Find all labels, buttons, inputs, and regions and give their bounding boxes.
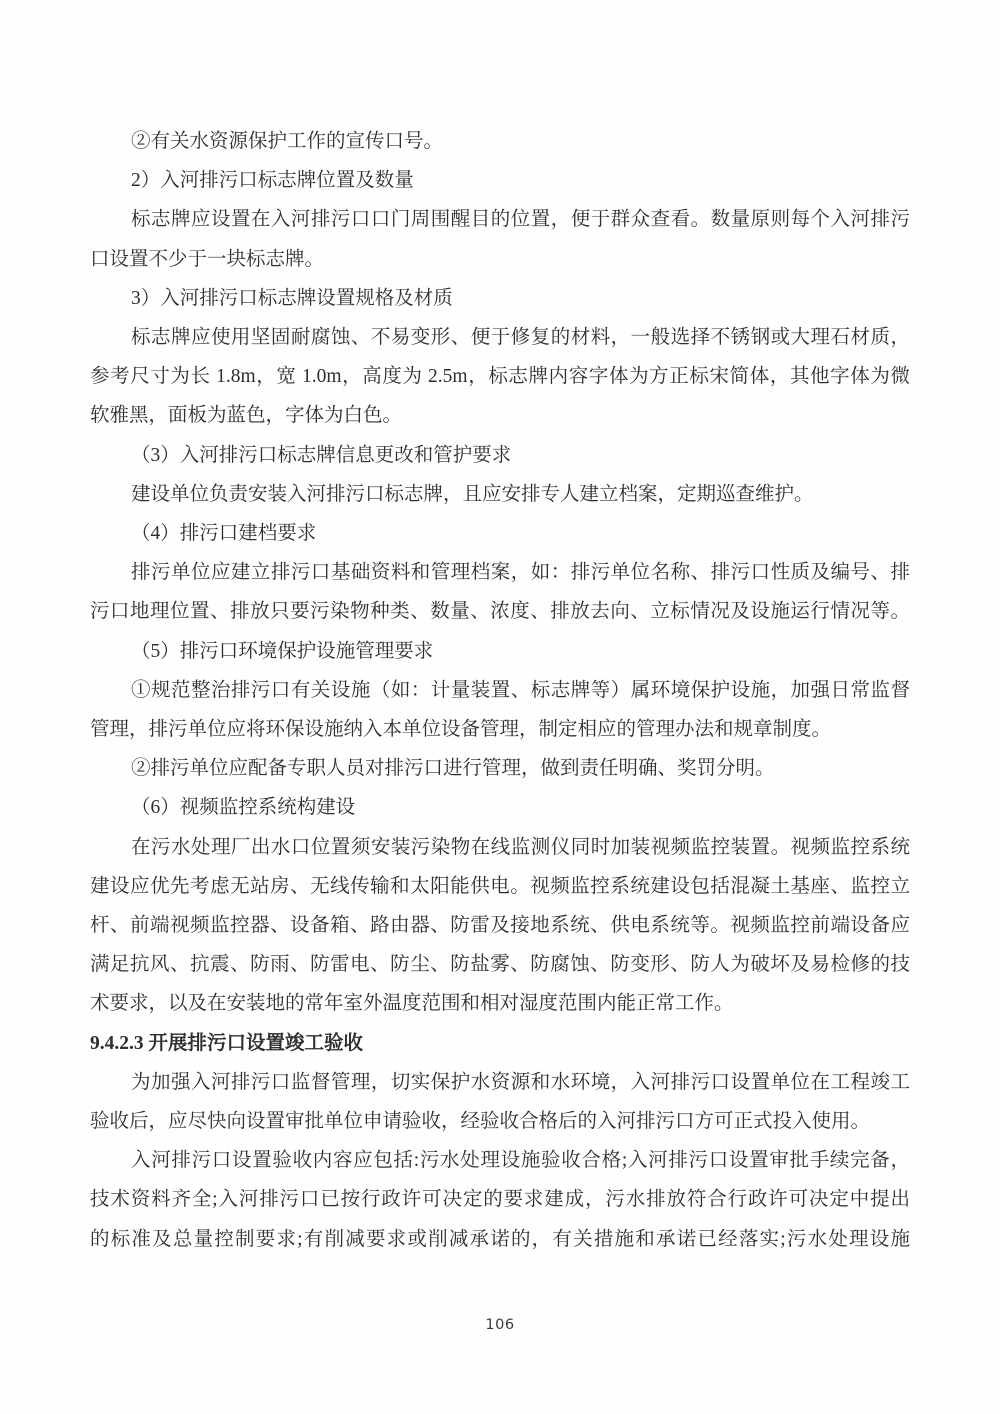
text-line: 管理，排污单位应将环保设施纳入本单位设备管理，制定相应的管理办法和规章制度。 [90, 710, 910, 749]
text-line: 在污水处理厂出水口位置须安装污染物在线监测仪同时加装视频监控装置。视频监控系统 [90, 828, 910, 867]
section-heading: 9.4.2.3 开展排污口设置竣工验收 [90, 1024, 910, 1063]
text-line: （5）排污口环境保护设施管理要求 [90, 632, 910, 671]
text-line: 入河排污口设置验收内容应包括:污水处理设施验收合格;入河排污口设置审批手续完备， [90, 1141, 910, 1180]
text-line: （4）排污口建档要求 [90, 514, 910, 553]
text-line: （6）视频监控系统构建设 [90, 788, 910, 827]
page-footer: 106 [0, 1316, 1000, 1334]
text-line: 的标准及总量控制要求;有削减要求或削减承诺的，有关措施和承诺已经落实;污水处理设… [90, 1220, 910, 1259]
document-page: ②有关水资源保护工作的宣传口号。2）入河排污口标志牌位置及数量标志牌应设置在入河… [0, 0, 1000, 1414]
text-line: 建设应优先考虑无站房、无线传输和太阳能供电。视频监控系统建设包括混凝土基座、监控… [90, 867, 910, 906]
text-line: 满足抗风、抗震、防雨、防雷电、防尘、防盐雾、防腐蚀、防变形、防人为破坏及易检修的… [90, 945, 910, 984]
text-line: 验收后，应尽快向设置审批单位申请验收，经验收合格后的入河排污口方可正式投入使用。 [90, 1102, 910, 1141]
text-line: 排污单位应建立排污口基础资料和管理档案，如：排污单位名称、排污口性质及编号、排 [90, 553, 910, 592]
text-line: 标志牌应设置在入河排污口口门周围醒目的位置，便于群众查看。数量原则每个入河排污 [90, 200, 910, 239]
text-line: 参考尺寸为长 1.8m，宽 1.0m，高度为 2.5m，标志牌内容字体为方正标宋… [90, 357, 910, 396]
text-line: ②排污单位应配备专职人员对排污口进行管理，做到责任明确、奖罚分明。 [90, 749, 910, 788]
text-line: 为加强入河排污口监督管理，切实保护水资源和水环境，入河排污口设置单位在工程竣工 [90, 1063, 910, 1102]
text-line: 3）入河排污口标志牌设置规格及材质 [90, 279, 910, 318]
text-line: 污口地理位置、排放只要污染物种类、数量、浓度、排放去向、立标情况及设施运行情况等… [90, 592, 910, 631]
text-line: 术要求，以及在安装地的常年室外温度范围和相对湿度范围内能正常工作。 [90, 984, 910, 1023]
document-body: ②有关水资源保护工作的宣传口号。2）入河排污口标志牌位置及数量标志牌应设置在入河… [90, 122, 910, 1259]
text-line: 标志牌应使用坚固耐腐蚀、不易变形、便于修复的材料，一般选择不锈钢或大理石材质， [90, 318, 910, 357]
text-line: ②有关水资源保护工作的宣传口号。 [90, 122, 910, 161]
text-line: ①规范整治排污口有关设施（如：计量装置、标志牌等）属环境保护设施，加强日常监督 [90, 671, 910, 710]
text-line: 2）入河排污口标志牌位置及数量 [90, 161, 910, 200]
text-line: 软雅黑，面板为蓝色，字体为白色。 [90, 396, 910, 435]
page-number: 106 [485, 1317, 514, 1333]
text-line: （3）入河排污口标志牌信息更改和管护要求 [90, 436, 910, 475]
text-line: 杆、前端视频监控器、设备箱、路由器、防雷及接地系统、供电系统等。视频监控前端设备… [90, 906, 910, 945]
text-line: 技术资料齐全;入河排污口已按行政许可决定的要求建成，污水排放符合行政许可决定中提… [90, 1180, 910, 1219]
text-line: 建设单位负责安装入河排污口标志牌，且应安排专人建立档案，定期巡查维护。 [90, 475, 910, 514]
text-line: 口设置不少于一块标志牌。 [90, 240, 910, 279]
